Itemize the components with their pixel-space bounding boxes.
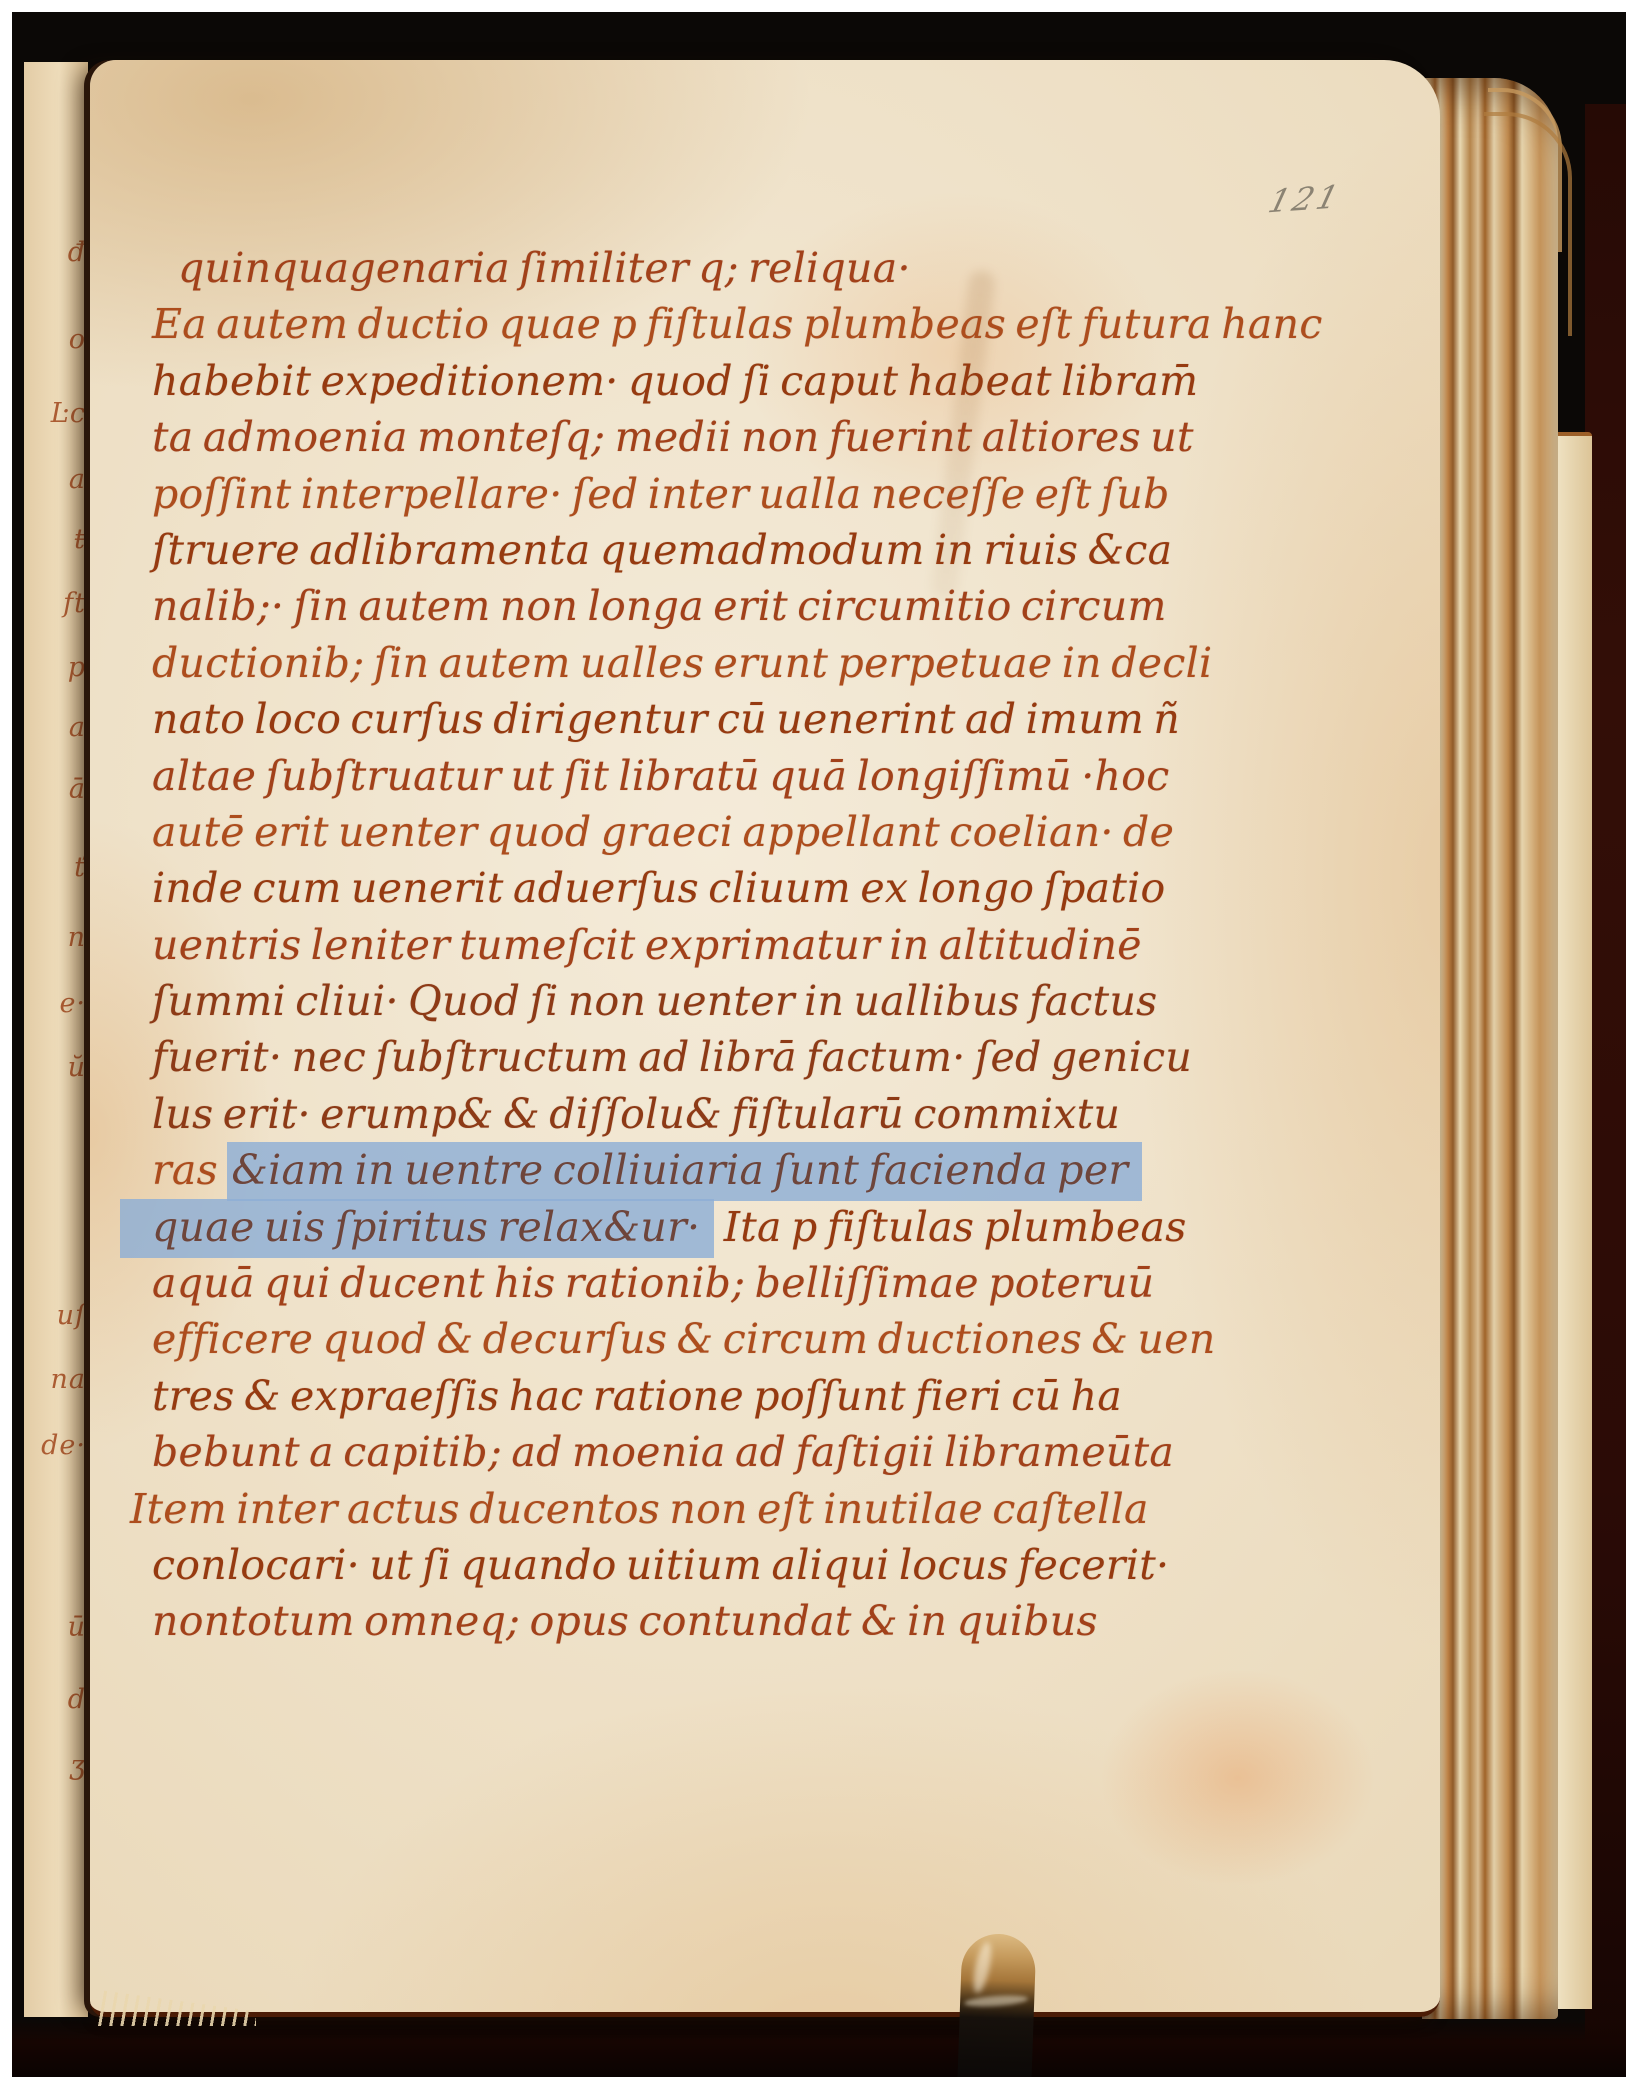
manuscript-line: efficere quod & decurſus & circum ductio…: [152, 1311, 1404, 1367]
line-text: efficere quod & decurſus & circum ductio…: [152, 1315, 1216, 1363]
manuscript-line: nato loco curſus dirigentur cū uenerint …: [152, 691, 1404, 747]
manuscript-line: fuerit· nec ſubſtructum ad librā factum·…: [152, 1029, 1404, 1085]
margin-letter-fragment: o: [69, 324, 86, 355]
line-text: tres & expraeſſis hac ratione poſſunt fi…: [152, 1372, 1122, 1420]
line-text: bebunt a capitib; ad moenia ad faſtigii …: [152, 1428, 1174, 1476]
margin-letter-fragment: ū: [68, 1612, 86, 1643]
margin-letter-fragment: ʒ: [70, 1750, 86, 1781]
blue-highlight: &iam in uentre colliuiaria ſunt facienda…: [227, 1142, 1142, 1201]
margin-letter-fragment: ť: [74, 852, 86, 883]
manuscript-line: lus erit· erump& & diſſolu& fiſtularū co…: [152, 1086, 1404, 1142]
manuscript-line: ſummi cliui· Quod ſi non uenter in ualli…: [152, 973, 1404, 1029]
line-text: ſummi cliui· Quod ſi non uenter in ualli…: [152, 977, 1158, 1025]
manuscript-line: autē erit uenter quod graeci appellant c…: [152, 804, 1404, 860]
line-text: ta admoenia monteſq; medii non fuerint a…: [152, 413, 1194, 461]
line-text: nontotum omneq; opus contundat & in quib…: [152, 1597, 1098, 1645]
manuscript-line: Ea autem ductio quae p fiſtulas plumbeas…: [152, 296, 1404, 352]
margin-letter-fragment: uſ: [57, 1300, 86, 1331]
line-text: ras: [152, 1146, 227, 1194]
manuscript-line: aquā qui ducent his rationib; belliſſima…: [152, 1255, 1404, 1311]
line-text: autē erit uenter quod graeci appellant c…: [152, 808, 1174, 856]
manuscript-photo: đoĿcaŧftpaāťne·ŭuſnade·ūdʒ 121 quinquage…: [12, 12, 1626, 2077]
manuscript-line: quae uis ſpiritus relax&ur· Ita p fiſtul…: [152, 1199, 1404, 1255]
margin-letter-fragment: ŭ: [68, 1052, 86, 1083]
margin-letter-fragment: e·: [59, 988, 86, 1019]
margin-letter-fragment: de·: [41, 1430, 86, 1461]
line-text: quinquagenaria ſimiliter q; reliqua·: [178, 244, 911, 292]
line-text: lus erit· erump& & diſſolu& fiſtularū co…: [152, 1090, 1120, 1138]
manuscript-line: nalib;· ſin autem non longa erit circumi…: [152, 578, 1404, 634]
margin-letter-fragment: ŧ: [74, 524, 86, 555]
line-text: Item inter actus ducentos non eſt inutil…: [130, 1485, 1149, 1533]
line-text: habebit expeditionem· quod ſi caput habe…: [152, 357, 1198, 405]
manuscript-line: inde cum uenerit aduerſus cliuum ex long…: [152, 860, 1404, 916]
manuscript-line: ras &iam in uentre colliuiaria ſunt faci…: [152, 1142, 1404, 1198]
line-text: ſtruere adlibramenta quemadmodum in riui…: [152, 526, 1172, 574]
manuscript-line: bebunt a capitib; ad moenia ad faſtigii …: [152, 1424, 1404, 1480]
manuscript-line: habebit expeditionem· quod ſi caput habe…: [152, 353, 1404, 409]
margin-letter-fragment: ft: [63, 588, 86, 619]
manuscript-line: nontotum omneq; opus contundat & in quib…: [152, 1593, 1404, 1649]
manuscript-line: ta admoenia monteſq; medii non fuerint a…: [152, 409, 1404, 465]
margin-letter-fragment: Ŀc: [51, 398, 86, 429]
line-text: fuerit· nec ſubſtructum ad librā factum·…: [152, 1033, 1192, 1081]
line-text: nato loco curſus dirigentur cū uenerint …: [152, 695, 1180, 743]
line-text: altae ſubſtruatur ut ſit libratū quā lon…: [152, 752, 1170, 800]
margin-letter-fragment: na: [51, 1364, 87, 1395]
line-text: uentris leniter tumeſcit exprimatur in a…: [152, 921, 1142, 969]
line-text: nalib;· ſin autem non longa erit circumi…: [152, 582, 1167, 630]
manuscript-text-block: quinquagenaria ſimiliter q; reliqua·Ea a…: [152, 240, 1404, 1650]
margin-letter-fragment: d: [68, 1684, 86, 1715]
parchment-page: 121 quinquagenaria ſimiliter q; reliqua·…: [90, 60, 1440, 2017]
line-text: poſſint interpellare· ſed inter ualla ne…: [152, 470, 1170, 518]
fore-edge-page-stack: [1422, 78, 1558, 2019]
manuscript-line: ductionib; ſin autem ualles erunt perpet…: [152, 635, 1404, 691]
manuscript-line: conlocari· ut ſi quando uitium aliqui lo…: [152, 1537, 1404, 1593]
line-text: conlocari· ut ſi quando uitium aliqui lo…: [152, 1541, 1169, 1589]
margin-letter-fragment: a: [69, 464, 86, 495]
manuscript-line: Item inter actus ducentos non eſt inutil…: [130, 1481, 1404, 1537]
line-text: ductionib; ſin autem ualles erunt perpet…: [152, 639, 1212, 687]
margin-letter-fragment: a: [69, 712, 86, 743]
margin-letter-fragment: n: [68, 922, 86, 953]
manuscript-line: tres & expraeſſis hac ratione poſſunt fi…: [152, 1368, 1404, 1424]
page-weight: [957, 1933, 1036, 2077]
manuscript-line: quinquagenaria ſimiliter q; reliqua·: [152, 240, 1404, 296]
folio-number: 121: [1264, 178, 1345, 221]
margin-letter-fragment: ā: [69, 774, 86, 805]
previous-page-edge: đoĿcaŧftpaāťne·ŭuſnade·ūdʒ: [24, 62, 88, 2017]
manuscript-line: uentris leniter tumeſcit exprimatur in a…: [152, 917, 1404, 973]
margin-letter-fragment: p: [68, 652, 86, 683]
line-text: Ita p fiſtulas plumbeas: [714, 1203, 1186, 1251]
line-text: inde cum uenerit aduerſus cliuum ex long…: [152, 864, 1166, 912]
line-text: Ea autem ductio quae p fiſtulas plumbeas…: [152, 300, 1323, 348]
blue-highlight: quae uis ſpiritus relax&ur·: [120, 1199, 714, 1258]
manuscript-line: altae ſubſtruatur ut ſit libratū quā lon…: [152, 748, 1404, 804]
manuscript-line: ſtruere adlibramenta quemadmodum in riui…: [152, 522, 1404, 578]
margin-letter-fragment: đ: [68, 237, 86, 268]
manuscript-line: poſſint interpellare· ſed inter ualla ne…: [152, 466, 1404, 522]
line-text: aquā qui ducent his rationib; belliſſima…: [152, 1259, 1154, 1307]
book-cover-bottom: [12, 2019, 1626, 2077]
